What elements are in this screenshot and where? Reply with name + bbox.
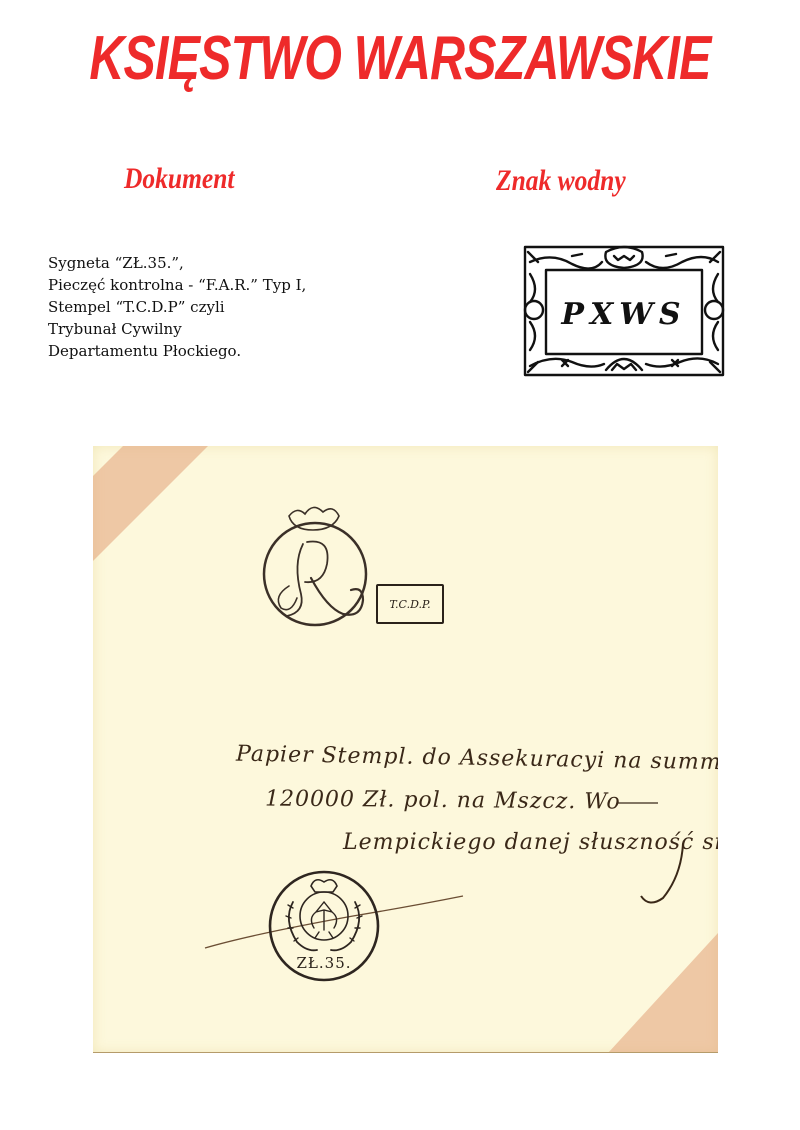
section-heading-watermark: Znak wodny xyxy=(496,166,626,196)
ink-stroke xyxy=(205,896,463,948)
tribunal-stamp: T.C.D.P. xyxy=(376,584,444,624)
handwritten-line: 120000 Zł. pol. na Mszcz. Wo xyxy=(265,786,621,814)
description-line: Trybunał Cywilny xyxy=(48,318,306,340)
watermark-letters: PXWS xyxy=(560,297,686,332)
document-description: Sygneta “ZŁ.35.”, Pieczęć kontrolna - “F… xyxy=(48,252,306,362)
section-heading-document: Dokument xyxy=(124,164,235,194)
historical-document: T.C.D.P. Papier Stempl. do Assekuracyi n… xyxy=(93,446,718,1053)
ornamental-frame-watermark-icon: PXWS xyxy=(522,244,726,380)
description-line: Sygneta “ZŁ.35.”, xyxy=(48,252,306,274)
description-line: Pieczęć kontrolna - “F.A.R.” Typ I, xyxy=(48,274,306,296)
page-title: KSIĘSTWO WARSZAWSKIE xyxy=(88,28,712,90)
crowned-monogram-seal-icon xyxy=(264,507,366,625)
description-line: Departamentu Płockiego. xyxy=(48,340,306,362)
description-line: Stempel “T.C.D.P” czyli xyxy=(48,296,306,318)
handwritten-line: Lempickiego danej słuszność się xyxy=(343,830,718,855)
signet-label: ZŁ.35. xyxy=(296,954,352,972)
